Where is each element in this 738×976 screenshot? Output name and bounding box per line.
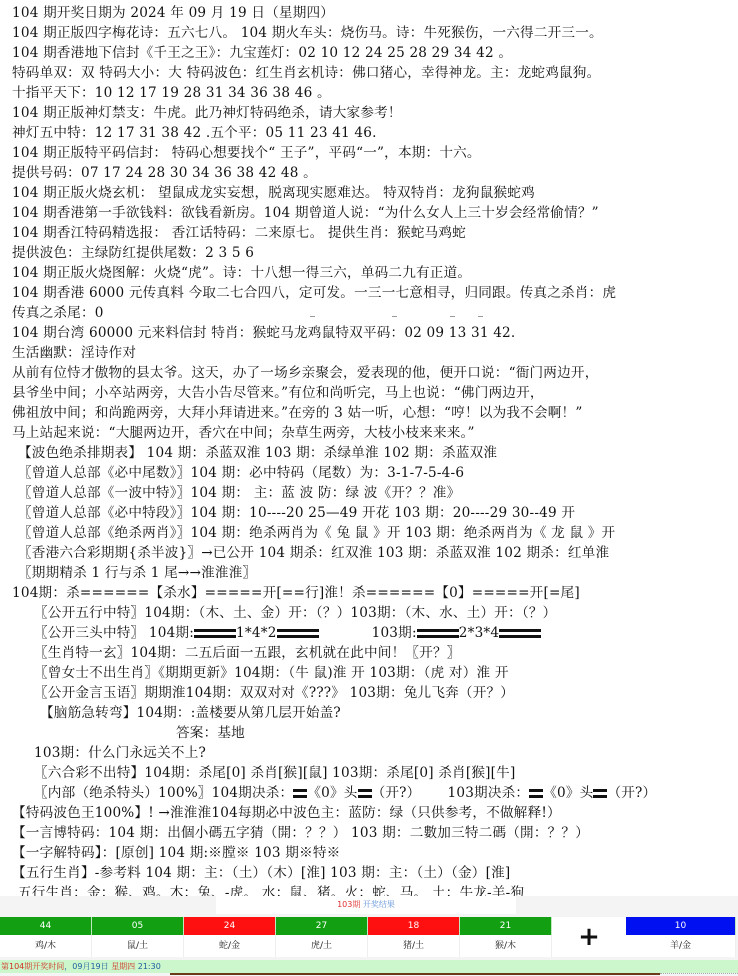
faint-dash [450, 316, 455, 317]
divider [170, 973, 660, 975]
bar-icon [208, 629, 222, 638]
draw-date-line: 104 期开奖日期为 2024 年 09 月 19 日（星期四） [12, 3, 334, 23]
plus-icon: + [552, 917, 626, 957]
bar-icon [527, 629, 541, 638]
bar-icon [291, 629, 305, 638]
bar-icon [277, 629, 291, 638]
wave-king-line: 【特码波色王100%】! →淮淮淮104每期必中波色主：蓝防：绿（只供参考，不做… [12, 803, 561, 823]
ten-fingers-line: 十指平天下：10 12 17 19 28 31 34 36 38 46 。 [12, 83, 331, 103]
humor-text-1: 从前有位恃才傲物的县太爷。这天，办了一场乡亲聚会，爱表现的他，便开口说：“衙门两… [12, 363, 598, 383]
half-wave-line: 〖香港六合彩期期{杀半波}〗→已公开 104 期杀：红双淮 103 期：杀蓝双淮… [18, 543, 609, 563]
result-ball: 21 猴/木 [460, 917, 552, 957]
hk-envelope-line: 104 期香港地下信封《千王之王》：九宝莲灯：02 10 12 24 25 28… [12, 43, 512, 63]
xiangjiang-line: 104 期香江特码精选报： 香江话特码：二来原七。 提供生肖：猴蛇马鸡蛇 [12, 223, 466, 243]
faint-dash [392, 316, 397, 317]
brain-teaser-line: 【脑筋急转弯】104期：:盖楼要从第几层开始盖? [40, 703, 341, 723]
lamp-five-line: 神灯五中特：12 17 31 38 42 .五个平：05 11 23 41 46… [12, 123, 377, 143]
kill-two-zodiac-line: 〖曾道人总部《绝杀两肖》〗104 期：绝杀两肖为《 兔 鼠 》开 103 期：绝… [18, 523, 615, 543]
special-ball: 10 羊/金 [626, 917, 736, 957]
bar-icon [431, 629, 445, 638]
faint-dash [310, 316, 315, 317]
faint-dash [478, 316, 483, 317]
five-elements-line: 〖公开五行中特〗104期：（木、土、金）开：（？）103期：（木、水、土）开：（… [34, 603, 556, 623]
one-char-line: 【一字解特码】：[原创] 104 期:※膛※ 103 期※特※ [12, 843, 340, 863]
draw-results-panel: 103期 开奖结果 44 鸡/木 05 鼠/土 24 蛇/金 27 虎/土 18… [0, 896, 738, 976]
no-special-line: 〖六合彩不出特】104期：杀尾[0] 杀肖[猴][鼠] 103期：杀尾[0] 杀… [34, 763, 515, 783]
wave-color-line: 提供波色：主绿防红提供尾数：2 3 5 6 [12, 243, 254, 263]
envelope-line: 104 期正版特平码信封： 特码心想要找个“ 王子”，平码“一”，本期：十六。 [12, 143, 481, 163]
three-head-line: 〖公开三头中特〗 104期:1*4*2 103期:2*3*4 [34, 623, 541, 643]
fax-line: 104 期香港 6000 元传真料 今取二七合四八，定可发。一三一七意相寻，归同… [12, 283, 616, 303]
bar-icon [529, 789, 543, 798]
five-elements-zodiac-line: 【五行生肖】-参考料 104 期：主：（土）（木）[淮] 103 期：主：（土）… [12, 863, 510, 883]
lamp-ban-line: 104 期正版神灯禁支：牛虎。此乃神灯特码绝杀，请大家参考！ [12, 103, 402, 123]
bar-icon [358, 789, 372, 798]
brain-teaser-answer: 答案：基地 [176, 723, 245, 743]
bar-icon [499, 629, 513, 638]
golden-words-line: 〖公开金言玉语〗期期淮104期：双双对对《???》 103期：兔儿飞奔（开？） [34, 683, 514, 703]
fax-tail-line: 传真之杀尾：0 [12, 303, 104, 323]
bar-icon [222, 629, 236, 638]
humor-text-2: 县爷坐中间；小卒站两旁，大告小告尽管来。”有位和尚听完，马上也说：“佛门两边开， [12, 383, 544, 403]
fire-diagram-line: 104 期正版火烧图解：火烧“虎”。诗：十八想一得三六，单码二九有正道。 [12, 263, 471, 283]
kill-water-line: 104期：杀======【杀水】=====开[==行]淮！杀======【0】=… [12, 583, 580, 603]
bar-icon [305, 629, 319, 638]
bar-icon [445, 629, 459, 638]
results-title: 103期 开奖结果 [216, 896, 516, 914]
kill-row-tail-line: 〖期期精杀 1 行与杀 1 尾→→淮淮淮〗 [18, 563, 256, 583]
zodiac-mystery-line: 〖生肖特一玄〗104期：二五后面一五跟，玄机就在此中间！〖开？〗 [34, 643, 461, 663]
humor-title: 生活幽默：淫诗作对 [12, 343, 136, 363]
lottery-document: 104 期开奖日期为 2024 年 09 月 19 日（星期四） 104 期正版… [0, 0, 738, 895]
humor-text-3: 佛祖放中间；和尚跪两旁，大拜小拜请进来。”在旁的 3 姑一听，心想：“哼！以为我… [12, 403, 583, 423]
result-balls: 44 鸡/木 05 鼠/土 24 蛇/金 27 虎/土 18 猪/土 21 猴/… [0, 917, 738, 957]
wave-kill-schedule: 【波色绝杀排期表】 104 期：杀蓝双淮 103 期：杀绿单淮 102 期：杀蓝… [18, 443, 497, 463]
one-wave-line: 〖曾道人总部《一波中特》〗104 期： 主：蓝 波 防：绿 波《开？？准》 [18, 483, 460, 503]
result-ball: 27 虎/土 [276, 917, 368, 957]
bar-icon [593, 789, 607, 798]
result-ball: 44 鸡/木 [0, 917, 92, 957]
brain-teaser-103: 103期：什么门永远关不上? [34, 743, 206, 763]
ms-zeng-line: 〖曾女士不出生肖〗《期期更新》104期：（牛 鼠)淮 开 103期：（虎 对）淮… [34, 663, 509, 683]
result-ball: 05 鼠/土 [92, 917, 184, 957]
next-draw-time: 第104期开奖时间，09月19日 星期四 21:30 [0, 960, 738, 973]
numbers-line: 提供号码：07 17 24 28 30 34 36 38 42 48 。 [12, 163, 317, 183]
taiwan-line: 104 期台湾 60000 元来料信封 特肖：猴蛇马龙鸡鼠特双平码：02 09 … [12, 323, 515, 343]
segment-line: 〖曾道人总部《必中特段》〗104 期：10----20 25—49 开花 103… [18, 503, 575, 523]
result-ball: 24 蛇/金 [184, 917, 276, 957]
internal-kill-head-line: 〖内部（绝杀特头）100%〗104期决杀：《0》头（开?） 103期决杀：《0》… [34, 783, 656, 803]
result-ball: 18 猪/土 [368, 917, 460, 957]
humor-text-4: 马上站起来说：“大腿两边开，香穴在中间；杂草生两旁，大枝小枝来来来。” [12, 423, 475, 443]
tail-number-line: 〖曾道人总部《必中尾数》〗104 期：必中特码（尾数）为：3-1-7-5-4-6 [18, 463, 464, 483]
hk-first-hand-line: 104 期香港第一手欲钱料：欲钱看新房。104 期曾道人说：“为什么女人上三十岁… [12, 203, 599, 223]
bar-icon [417, 629, 431, 638]
special-code-line: 特码单双：双 特码大小：大 特码波色：红生肖玄机诗：佛口猪心，幸得神龙。主：龙蛇… [12, 63, 600, 83]
bar-icon [194, 629, 208, 638]
bar-icon [293, 789, 307, 798]
fire-riddle-line: 104 期正版火烧玄机： 望鼠成龙实妄想，脱离现实愿难达。 特双特肖：龙狗鼠猴蛇… [12, 183, 535, 203]
bar-icon [513, 629, 527, 638]
plum-poem-line: 104 期正版四字梅花诗：五六七八。 104 期火车头：烧伤马。诗：牛死猴伤，一… [12, 23, 603, 43]
one-word-bet-line: 【一言博特码：104 期：出個小碼五字猜（開：？？） 103 期：二數加三特二碼… [12, 823, 589, 843]
